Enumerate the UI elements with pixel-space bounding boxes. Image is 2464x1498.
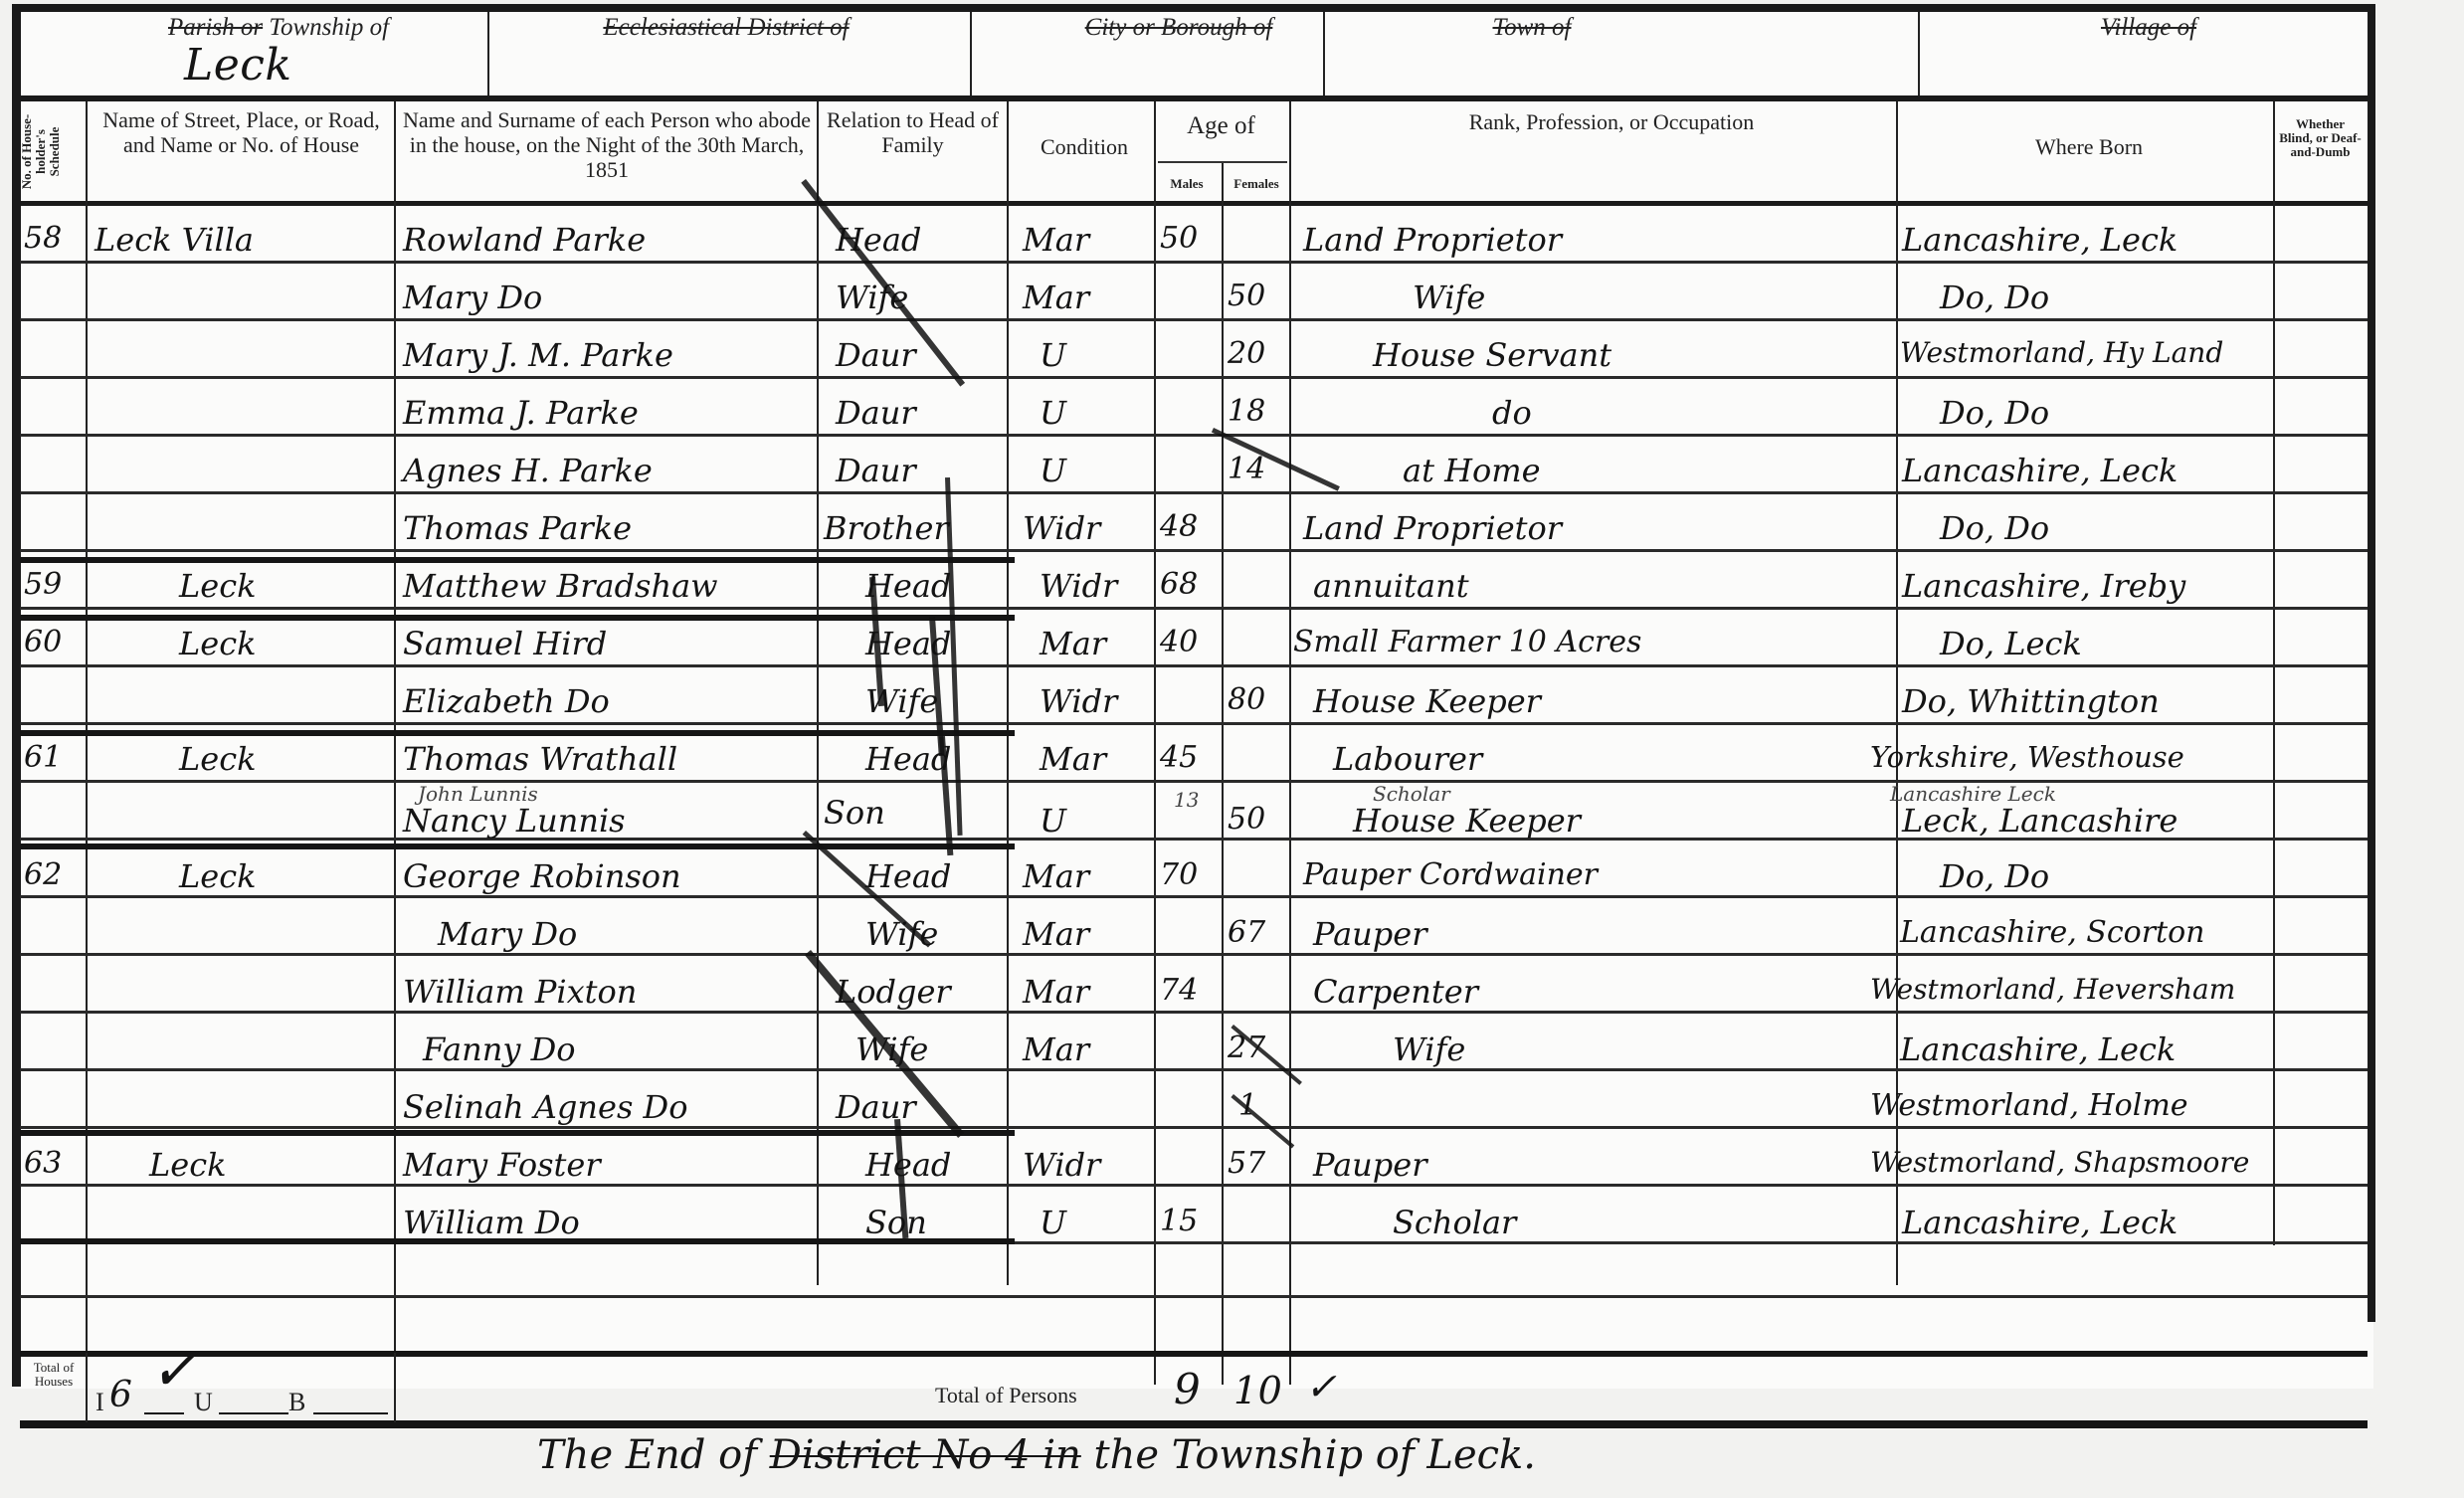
person-name: Nancy Lunnis (403, 802, 626, 840)
col-line (817, 101, 819, 1285)
relation: Head (865, 1146, 951, 1184)
male-age: 70 (1160, 857, 1198, 892)
condition: U (1040, 336, 1066, 374)
col-header-females: Females (1222, 177, 1291, 191)
birthplace: Do, Whittington (1902, 682, 2160, 720)
birthplace: Westmorland, Heversham (1870, 973, 2235, 1006)
village-label: Village of (2049, 14, 2248, 42)
birthplace: Lancashire, Leck (1900, 1030, 2176, 1068)
relation: Son (824, 794, 885, 832)
male-age: 74 (1160, 973, 1198, 1008)
occupation: Carpenter (1313, 973, 1478, 1011)
person-name: George Robinson (403, 857, 681, 895)
occupation: House Keeper (1353, 802, 1581, 840)
occupation: Wife (1413, 279, 1485, 316)
person-name: Fanny Do (423, 1030, 576, 1068)
relation: Head (865, 567, 951, 605)
females-total: 10 (1233, 1369, 1282, 1412)
col-line (394, 1353, 396, 1422)
total-persons-label: Total of Persons (935, 1383, 1077, 1408)
heading-divider (970, 12, 972, 97)
col-line (1222, 163, 1224, 1385)
col-header-name: Name and Surname of each Person who abod… (398, 107, 816, 182)
heading-divider (487, 12, 489, 97)
person-name: Mary Do (438, 915, 577, 953)
street-name: Leck (179, 740, 257, 778)
schedule-number: 58 (24, 221, 62, 256)
schedule-number: 61 (24, 740, 62, 775)
occupation: Pauper (1313, 915, 1427, 953)
inhabited-value: 6 (109, 1375, 132, 1415)
col-line (1154, 101, 1156, 1385)
person-name: William Do (403, 1204, 580, 1241)
inhabited-label: I (95, 1388, 104, 1417)
occupation: do (1492, 394, 1532, 432)
birthplace: Do, Do (1940, 857, 2049, 895)
col-header-blind: Whether Blind, or Deaf-and-Dumb (2278, 117, 2363, 159)
birthplace: Leck, Lancashire (1902, 802, 2178, 840)
birthplace: Lancashire, Scorton (1900, 915, 2205, 950)
condition: U (1040, 452, 1066, 489)
end-note: The End of District No 4 in the Township… (537, 1432, 1536, 1478)
female-age: 18 (1228, 394, 1265, 429)
relation: Brother (824, 509, 949, 547)
person-name: William Pixton (403, 973, 637, 1011)
col-header-occupation: Rank, Profession, or Occupation (1293, 109, 1930, 134)
female-age: 67 (1228, 915, 1265, 950)
birthplace: Do, Do (1940, 509, 2049, 547)
end-note-struck: District No 4 in (770, 1432, 1081, 1478)
person-name: Elizabeth Do (403, 682, 610, 720)
blank-line (313, 1412, 388, 1414)
condition: Mar (1023, 857, 1089, 895)
heading-bottom-rule (14, 95, 2373, 101)
uninhabited-label: U (194, 1388, 213, 1417)
parish-value: Leck (184, 40, 292, 91)
occupation: Land Proprietor (1303, 221, 1562, 259)
occupation: Labourer (1333, 740, 1482, 778)
male-age: 48 (1160, 509, 1198, 544)
female-age: 50 (1228, 802, 1265, 837)
female-age: 20 (1228, 336, 1265, 371)
condition: Mar (1023, 973, 1089, 1011)
condition: Mar (1023, 279, 1089, 316)
birthplace: Lancashire, Leck (1902, 221, 2178, 259)
birthplace: Westmorland, Holme (1870, 1088, 2188, 1123)
birthplace: Do, Leck (1940, 625, 2082, 662)
header-bottom-rule (14, 201, 2373, 206)
condition: Widr (1023, 509, 1100, 547)
birthplace: Lancashire, Leck (1902, 1204, 2178, 1241)
female-age: 14 (1228, 452, 1265, 486)
col-line (2273, 101, 2275, 1245)
male-age: 40 (1160, 625, 1198, 659)
total-houses-label: Total of Houses (24, 1361, 84, 1389)
birthplace: Westmorland, Hy Land (1900, 336, 2223, 369)
male-age: 68 (1160, 567, 1198, 602)
relation: Daur (836, 1088, 916, 1126)
blank-line (144, 1412, 184, 1414)
condition: Mar (1023, 221, 1089, 259)
condition: Widr (1023, 1146, 1100, 1184)
street-name: Leck (149, 1146, 227, 1184)
occupation: Scholar (1393, 1204, 1516, 1241)
occupation: House Servant (1373, 336, 1611, 374)
end-note-suffix: the Township of Leck. (1081, 1432, 1536, 1478)
col-line (86, 1353, 88, 1422)
schedule-number: 59 (24, 567, 62, 602)
male-age: 15 (1160, 1204, 1198, 1238)
building-label: B (288, 1388, 305, 1417)
occupation: House Keeper (1313, 682, 1541, 720)
col-line (1289, 101, 1291, 1385)
houses-check-mark: ✓ (149, 1335, 200, 1404)
person-name: Matthew Bradshaw (403, 567, 718, 605)
female-age: 57 (1228, 1146, 1265, 1181)
heading-divider (1323, 12, 1325, 97)
person-name: Mary J. M. Parke (403, 336, 673, 374)
frame-left-border (12, 4, 21, 1387)
col-header-age: Age of (1154, 113, 1288, 138)
birthplace: Westmorland, Shapsmoore (1870, 1146, 2249, 1179)
col-line (394, 101, 396, 1385)
col-line (1007, 101, 1009, 1285)
city-label: City or Borough of (985, 14, 1373, 42)
condition: Widr (1040, 682, 1117, 720)
male-age: 45 (1160, 740, 1198, 775)
birthplace: Do, Do (1940, 394, 2049, 432)
blank-line (219, 1412, 288, 1414)
condition: U (1040, 1204, 1066, 1241)
male-age: 13 (1174, 788, 1199, 812)
condition: U (1040, 802, 1066, 840)
parish-label: Parish or Township of (90, 14, 468, 42)
street-name: Leck (179, 857, 257, 895)
person-name: Samuel Hird (403, 625, 607, 662)
condition: U (1040, 394, 1066, 432)
condition: Widr (1040, 567, 1117, 605)
relation: Daur (836, 394, 916, 432)
col-line (86, 101, 88, 1385)
occupation: Small Farmer 10 Acres (1293, 625, 1641, 659)
person-name: Mary Do (403, 279, 542, 316)
relation: Head (865, 857, 951, 895)
person-name: Emma J. Parke (403, 394, 639, 432)
heading-divider (1918, 12, 1920, 97)
person-name: Agnes H. Parke (403, 452, 653, 489)
occupation: Pauper (1313, 1146, 1427, 1184)
person-name: Thomas Parke (403, 509, 632, 547)
relation: Daur (836, 452, 916, 489)
males-total: 9 (1174, 1365, 1201, 1413)
male-age: 50 (1160, 221, 1198, 256)
person-name: Mary Foster (403, 1146, 601, 1184)
birthplace: Lancashire, Leck (1902, 452, 2178, 489)
occupation: at Home (1403, 452, 1541, 489)
birthplace: Yorkshire, Westhouse (1870, 740, 2184, 774)
condition: Mar (1040, 740, 1106, 778)
street-name: Leck Villa (95, 221, 254, 259)
street-name: Leck (179, 567, 257, 605)
col-header-where-born: Where Born (1900, 134, 2278, 159)
col-header-males: Males (1154, 177, 1220, 191)
schedule-number: 62 (24, 857, 62, 892)
occupation: Land Proprietor (1303, 509, 1562, 547)
town-label: Town of (1413, 14, 1651, 42)
birthplace: Do, Do (1940, 279, 2049, 316)
street-name: Leck (179, 625, 257, 662)
ecclesiastical-label: Ecclesiastical District of (517, 14, 935, 42)
female-age: 80 (1228, 682, 1265, 717)
female-age: 50 (1228, 279, 1265, 313)
condition: Mar (1023, 915, 1089, 953)
col-header-relation: Relation to Head of Family (821, 107, 1005, 157)
schedule-number: 60 (24, 625, 62, 659)
col-header-schedule: No. of House-holder's Schedule (20, 104, 62, 199)
end-note-prefix: The End of (537, 1432, 770, 1478)
col-header-street: Name of Street, Place, or Road, and Name… (90, 107, 393, 157)
frame-top-border (14, 4, 2373, 12)
totals-check-mark: ✓ (1305, 1365, 1337, 1408)
relation: Son (865, 1204, 927, 1241)
person-name: Rowland Parke (403, 221, 646, 259)
occupation: Pauper Cordwainer (1303, 857, 1598, 892)
occupation: annuitant (1313, 567, 1469, 605)
schedule-number: 63 (24, 1146, 62, 1181)
relation: Daur (836, 336, 916, 374)
person-name: Thomas Wrathall (403, 740, 677, 778)
person-name: Selinah Agnes Do (403, 1088, 687, 1126)
occupation: Wife (1393, 1030, 1465, 1068)
col-header-condition: Condition (1010, 134, 1159, 159)
condition: Mar (1023, 1030, 1089, 1068)
birthplace: Lancashire, Ireby (1902, 567, 2185, 605)
condition: Mar (1040, 625, 1106, 662)
